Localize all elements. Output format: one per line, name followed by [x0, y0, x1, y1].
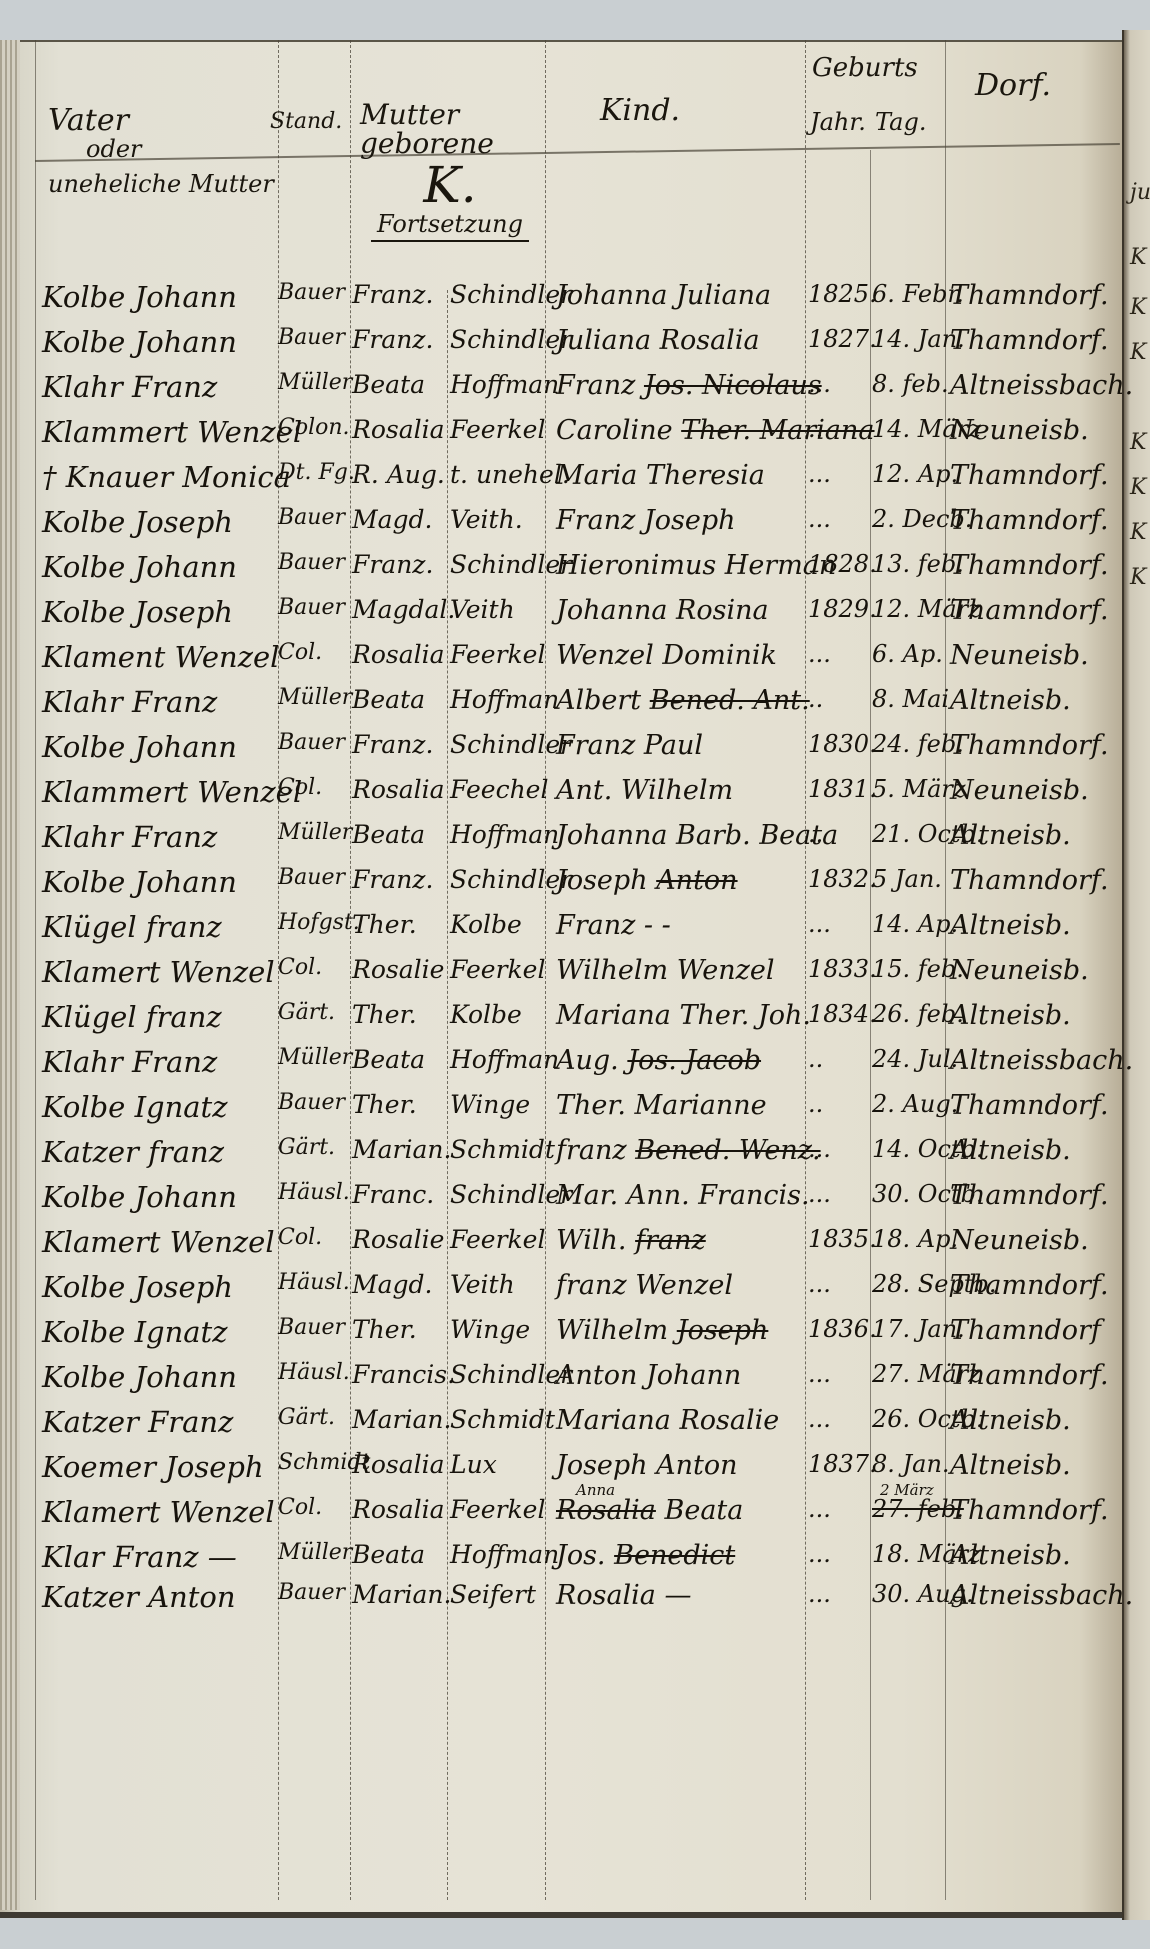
child-name: Franz Jos. Nicolaus — [556, 370, 801, 401]
mother-first-name: Franz. — [352, 865, 447, 894]
village: Altneisb. — [950, 1405, 1120, 1436]
father-name: Kolbe Joseph — [42, 595, 274, 629]
register-row: Kolbe Johann Häusl. Franc. Schindler Mar… — [0, 1180, 1122, 1225]
village: Neuneisb. — [950, 775, 1120, 806]
child-name: Johanna Juliana — [556, 280, 801, 311]
register-row: † Knauer Monica Dt. Fg. R. Aug. t. unehe… — [0, 460, 1122, 505]
father-name: Kolbe Johann — [42, 1180, 274, 1214]
father-name: Katzer franz — [42, 1135, 274, 1169]
child-name: Johanna Rosina — [556, 595, 801, 626]
father-name: Klammert Wenzel — [42, 775, 274, 809]
mother-first-name: Franz. — [352, 730, 447, 759]
birth-year: 1829. — [808, 595, 868, 623]
mother-surname: Hoffman — [450, 1045, 545, 1074]
mother-first-name: Magdal. — [352, 595, 447, 624]
child-name: franz Bened. Wenz. — [556, 1135, 801, 1166]
birth-day: 15. feb. — [872, 955, 944, 983]
birth-day: 12. März — [872, 595, 944, 623]
child-name: Wilh. franz — [556, 1225, 801, 1256]
struck-text: Jos. Jacob — [627, 1045, 761, 1076]
birth-day: 6. Ap. — [872, 640, 944, 668]
mother-surname: Feerkel — [450, 955, 545, 984]
birth-day: 2. Decb. — [872, 505, 944, 533]
facing-page-fragment: ju — [1130, 180, 1150, 205]
register-row: Klament Wenzel Col. Rosalia Feerkel Wenz… — [0, 640, 1122, 685]
child-name: Johanna Barb. Beata — [556, 820, 801, 851]
struck-text: Anton — [656, 865, 737, 896]
mother-surname: Feerkel — [450, 415, 545, 444]
mother-first-name: Ther. — [352, 1090, 447, 1119]
birth-day: 2. Aug. — [872, 1090, 944, 1118]
father-name: Kolbe Johann — [42, 280, 274, 314]
father-name: Kolbe Johann — [42, 550, 274, 584]
mother-first-name: R. Aug. — [352, 460, 447, 489]
father-name: Klamert Wenzel — [42, 1225, 274, 1259]
village: Altneissbach. — [950, 1045, 1120, 1076]
facing-page-fragment: K — [1130, 340, 1146, 365]
father-name: Klamert Wenzel — [42, 1495, 274, 1529]
mother-surname: Seifert — [450, 1580, 545, 1609]
trade: Häusl. — [278, 1360, 350, 1385]
mother-first-name: Francis. — [352, 1360, 447, 1389]
struck-text: franz — [635, 1225, 706, 1256]
register-row: Kolbe Joseph Bauer Magdal. Veith Johanna… — [0, 595, 1122, 640]
register-row: Klammert Wenzel Col. Rosalia Feechel Ant… — [0, 775, 1122, 820]
village: Thamndorf — [950, 1315, 1120, 1346]
header-year: Jahr. — [810, 110, 866, 135]
trade: Col. — [278, 955, 350, 980]
father-name: Klahr Franz — [42, 1045, 274, 1079]
trade: Dt. Fg. — [278, 460, 350, 485]
trade: Bauer — [278, 550, 350, 575]
trade: Schmidt — [278, 1450, 350, 1475]
header-mother: Mutter geborene — [360, 100, 494, 159]
birth-year: ... — [808, 1270, 868, 1298]
father-name: Kolbe Joseph — [42, 1270, 274, 1304]
register-row: Koemer Joseph Schmidt Rosalia Lux Joseph… — [0, 1450, 1122, 1495]
register-row: Klahr Franz Müller Beata Hoffman Aug. Jo… — [0, 1045, 1122, 1090]
birth-day: 18. Ap. — [872, 1225, 944, 1253]
birth-year: ... — [808, 640, 868, 668]
child-name: Ant. Wilhelm — [556, 775, 801, 806]
father-name: Klamert Wenzel — [42, 955, 274, 989]
mother-first-name: Marian. — [352, 1405, 447, 1434]
trade: Bauer — [278, 280, 350, 305]
mother-first-name: Rosalie — [352, 955, 447, 984]
trade: Müller — [278, 685, 350, 710]
interlinear-correction: Anna — [576, 1481, 615, 1499]
mother-first-name: Rosalia — [352, 640, 447, 669]
father-name: Klammert Wenzel — [42, 415, 274, 449]
mother-first-name: Rosalia — [352, 1495, 447, 1524]
mother-surname: Hoffman — [450, 370, 545, 399]
village: Thamndorf. — [950, 730, 1120, 761]
mother-first-name: Franc. — [352, 1180, 447, 1209]
birth-year: 1836. — [808, 1315, 868, 1343]
trade: Bauer — [278, 865, 350, 890]
register-row: Klahr Franz Müller Beata Hoffman Franz J… — [0, 370, 1122, 415]
trade: Hofgst. — [278, 910, 350, 935]
birth-year: ... — [808, 1405, 868, 1433]
village: Thamndorf. — [950, 1360, 1120, 1391]
mother-first-name: Magd. — [352, 1270, 447, 1299]
child-name: Wilhelm Joseph — [556, 1315, 801, 1346]
birth-year: 1825. — [808, 280, 868, 308]
facing-page-fragment: K — [1130, 245, 1146, 270]
village: Altneisb. — [950, 1000, 1120, 1031]
register-row: Klamert Wenzel Col. Rosalia Feerkel Anna… — [0, 1495, 1122, 1540]
mother-surname: Kolbe — [450, 1000, 545, 1029]
register-row: Katzer Franz Gärt. Marian. Schmidt Maria… — [0, 1405, 1122, 1450]
trade: Müller — [278, 370, 350, 395]
birth-year: .. — [808, 820, 868, 848]
mother-surname: Schindler — [450, 1360, 545, 1389]
birth-year: 1833. — [808, 955, 868, 983]
village: Altneisb. — [950, 1450, 1120, 1481]
birth-day: 2 März27. feb. — [872, 1495, 944, 1523]
trade: Müller — [278, 1540, 350, 1565]
birth-year: ... — [808, 1580, 868, 1608]
child-name: Franz - - — [556, 910, 801, 941]
register-row: Klamert Wenzel Col. Rosalie Feerkel Wilh… — [0, 1225, 1122, 1270]
mother-surname: Winge — [450, 1315, 545, 1344]
facing-page-fragment: K — [1130, 475, 1146, 500]
register-row: Kolbe Johann Bauer Franz. Schindler Juli… — [0, 325, 1122, 370]
child-name: AnnaRosalia Beata — [556, 1495, 801, 1526]
trade: Bauer — [278, 1090, 350, 1115]
mother-surname: Veith — [450, 1270, 545, 1299]
child-name: Wilhelm Wenzel — [556, 955, 801, 986]
mother-first-name: Beata — [352, 820, 447, 849]
mother-first-name: Beata — [352, 1540, 447, 1569]
father-name: † Knauer Monica — [42, 460, 274, 494]
father-name: Klahr Franz — [42, 820, 274, 854]
birth-year: 1827. — [808, 325, 868, 353]
register-row: Klahr Franz Müller Beata Hoffman Johanna… — [0, 820, 1122, 865]
father-name: Kolbe Johann — [42, 730, 274, 764]
village: Thamndorf. — [950, 505, 1120, 536]
mother-first-name: Marian. — [352, 1135, 447, 1164]
birth-year: ... — [808, 505, 868, 533]
village: Thamndorf. — [950, 280, 1120, 311]
birth-year: 1828. — [808, 550, 868, 578]
birth-day: 5. März — [872, 775, 944, 803]
village: Thamndorf. — [950, 460, 1120, 491]
village: Thamndorf. — [950, 325, 1120, 356]
struck-text: Joseph — [677, 1315, 769, 1346]
father-name: Klar Franz — — [42, 1540, 274, 1574]
father-name: Katzer Franz — [42, 1405, 274, 1439]
struck-text: Jos. Nicolaus — [644, 370, 822, 401]
mother-surname: Schindler — [450, 280, 545, 309]
register-row: Kolbe Joseph Bauer Magd. Veith. Franz Jo… — [0, 505, 1122, 550]
trade: Häusl. — [278, 1270, 350, 1295]
birth-day: 6. Febr. — [872, 280, 944, 308]
trade: Gärt. — [278, 1000, 350, 1025]
village: Altneissbach. — [950, 1580, 1120, 1611]
trade: Müller — [278, 820, 350, 845]
birth-day: 14. Jan. — [872, 325, 944, 353]
register-row: Klamert Wenzel Col. Rosalie Feerkel Wilh… — [0, 955, 1122, 1000]
mother-first-name: Ther. — [352, 910, 447, 939]
header-birth: Geburts — [812, 55, 918, 82]
village: Thamndorf. — [950, 595, 1120, 626]
father-name: Kolbe Johann — [42, 1360, 274, 1394]
register-row: Klügel franz Hofgst. Ther. Kolbe Franz -… — [0, 910, 1122, 955]
section-letter: K. — [355, 160, 545, 210]
mother-surname: Feerkel — [450, 1225, 545, 1254]
register-row: Klügel franz Gärt. Ther. Kolbe Mariana T… — [0, 1000, 1122, 1045]
register-row: Katzer franz Gärt. Marian. Schmidt franz… — [0, 1135, 1122, 1180]
header-day: Tag. — [875, 110, 926, 135]
birth-year: 1837. — [808, 1450, 868, 1478]
birth-year: .. — [808, 685, 868, 713]
birth-year: 1832. — [808, 865, 868, 893]
register-row: Kolbe Ignatz Bauer Ther. Winge Wilhelm J… — [0, 1315, 1122, 1360]
birth-year: .. — [808, 1045, 868, 1073]
trade: Häusl. — [278, 1180, 350, 1205]
mother-first-name: Ther. — [352, 1315, 447, 1344]
father-name: Katzer Anton — [42, 1580, 274, 1614]
mother-surname: Schindler — [450, 1180, 545, 1209]
child-name: Caroline Ther. Mariana — [556, 415, 801, 446]
birth-day: 30. Octb. — [872, 1180, 944, 1208]
mother-surname: Veith — [450, 595, 545, 624]
mother-surname: Schindler — [450, 550, 545, 579]
mother-surname: Feerkel — [450, 1495, 545, 1524]
child-name: Juliana Rosalia — [556, 325, 801, 356]
mother-surname: Lux — [450, 1450, 545, 1479]
mother-surname: Schmidt — [450, 1135, 545, 1164]
birth-day: 13. feb. — [872, 550, 944, 578]
mother-first-name: Rosalie — [352, 1225, 447, 1254]
father-name: Klahr Franz — [42, 370, 274, 404]
father-name: Koemer Joseph — [42, 1450, 274, 1484]
birth-year: ... — [808, 910, 868, 938]
child-name: Hieronimus Herman — [556, 550, 801, 581]
birth-year: 1831. — [808, 775, 868, 803]
village: Altneisb. — [950, 685, 1120, 716]
register-row: Kolbe Joseph Häusl. Magd. Veith franz We… — [0, 1270, 1122, 1315]
facing-page-fragment: K — [1130, 565, 1146, 590]
header-trade: Stand. — [270, 110, 342, 133]
birth-day: 14. März — [872, 415, 944, 443]
struck-text: Bened. Wenz. — [635, 1135, 820, 1166]
mother-first-name: Franz. — [352, 550, 447, 579]
birth-day: 14. Octb. — [872, 1135, 944, 1163]
birth-year: ... — [808, 370, 868, 398]
register-row: Kolbe Johann Bauer Franz. Schindler Fran… — [0, 730, 1122, 775]
section-subtitle: Fortsetzung — [371, 210, 529, 242]
trade: Bauer — [278, 595, 350, 620]
trade: Col. — [278, 640, 350, 665]
birth-day: 28. Septb. — [872, 1270, 944, 1298]
mother-surname: Feechel — [450, 775, 545, 804]
facing-page-fragment: K — [1130, 430, 1146, 455]
birth-day: 30. Aug. — [872, 1580, 944, 1608]
village: Altneissbach. — [950, 370, 1120, 401]
mother-surname: Schindler — [450, 730, 545, 759]
village: Thamndorf. — [950, 1090, 1120, 1121]
village: Altneisb. — [950, 1540, 1120, 1571]
child-name: Rosalia — — [556, 1580, 801, 1611]
child-name: Anton Johann — [556, 1360, 801, 1391]
birth-day: 8. Jan. — [872, 1450, 944, 1478]
child-name: Wenzel Dominik — [556, 640, 801, 671]
header-child: Kind. — [600, 95, 680, 127]
father-name: Kolbe Ignatz — [42, 1315, 274, 1349]
trade: Col. — [278, 775, 350, 800]
mother-surname: Schindler — [450, 325, 545, 354]
child-name: Ther. Marianne — [556, 1090, 801, 1121]
child-name: Jos. Benedict — [556, 1540, 801, 1571]
trade: Gärt. — [278, 1135, 350, 1160]
mother-surname: Schindler — [450, 865, 545, 894]
village: Thamndorf. — [950, 1270, 1120, 1301]
facing-page-fragment: K — [1130, 520, 1146, 545]
mother-first-name: Rosalia — [352, 775, 447, 804]
trade: Gärt. — [278, 1405, 350, 1430]
child-name: Mariana Rosalie — [556, 1405, 801, 1436]
birth-day: 24. feb. — [872, 730, 944, 758]
interlinear-correction: 2 März — [880, 1481, 934, 1499]
mother-surname: Feerkel — [450, 640, 545, 669]
trade: Bauer — [278, 505, 350, 530]
mother-surname: Winge — [450, 1090, 545, 1119]
struck-text: Rosalia — [556, 1495, 656, 1526]
village: Altneisb. — [950, 1135, 1120, 1166]
birth-day: 24. Jul. — [872, 1045, 944, 1073]
village: Thamndorf. — [950, 1180, 1120, 1211]
trade: Bauer — [278, 730, 350, 755]
header-father: Vater oder uneheliche Mutter — [48, 105, 274, 197]
father-name: Kolbe Joseph — [42, 505, 274, 539]
child-name: Joseph Anton — [556, 1450, 801, 1481]
mother-first-name: Beata — [352, 370, 447, 399]
father-name: Klament Wenzel — [42, 640, 274, 674]
facing-page-fragment: K — [1130, 295, 1146, 320]
birth-year: 1830. — [808, 730, 868, 758]
birth-year: 1834. — [808, 1000, 868, 1028]
birth-year: ... — [808, 1135, 868, 1163]
village: Neuneisb. — [950, 1225, 1120, 1256]
header-village: Dorf. — [975, 70, 1051, 102]
birth-year: ... — [808, 1540, 868, 1568]
child-name: Albert Bened. Ant. — [556, 685, 801, 716]
mother-first-name: Beata — [352, 685, 447, 714]
mother-first-name: Beata — [352, 1045, 447, 1074]
trade: Col. — [278, 1495, 350, 1520]
birth-year: ... — [808, 1495, 868, 1523]
birth-day: 8. feb. — [872, 370, 944, 398]
mother-first-name: Magd. — [352, 505, 447, 534]
birth-year: ... — [808, 1360, 868, 1388]
register-row: Kolbe Johann Bauer Franz. Schindler Hier… — [0, 550, 1122, 595]
child-name: Mar. Ann. Francis. — [556, 1180, 801, 1211]
birth-day: 14. Ap. — [872, 910, 944, 938]
mother-surname: Hoffman — [450, 820, 545, 849]
register-row: Klar Franz — Müller Beata Hoffman Jos. B… — [0, 1540, 1122, 1585]
trade: Bauer — [278, 325, 350, 350]
mother-first-name: Rosalia — [352, 1450, 447, 1479]
mother-first-name: Franz. — [352, 325, 447, 354]
child-name: Mariana Ther. Joh. — [556, 1000, 801, 1031]
village: Thamndorf. — [950, 865, 1120, 896]
child-name: Maria Theresia — [556, 460, 801, 491]
struck-text: Bened. Ant. — [650, 685, 810, 716]
father-name: Kolbe Ignatz — [42, 1090, 274, 1124]
village: Neuneisb. — [950, 415, 1120, 446]
village: Thamndorf. — [950, 550, 1120, 581]
birth-day: 27. März — [872, 1360, 944, 1388]
mother-surname: Hoffman — [450, 685, 545, 714]
mother-surname: Hoffman — [450, 1540, 545, 1569]
father-name: Klügel franz — [42, 910, 274, 944]
birth-day: 26. Octb. — [872, 1405, 944, 1433]
birth-year: .. — [808, 415, 868, 443]
birth-day: 12. Ap. — [872, 460, 944, 488]
mother-surname: t. unehel. — [450, 460, 545, 489]
mother-surname: Kolbe — [450, 910, 545, 939]
birth-day: 26. feb. — [872, 1000, 944, 1028]
trade: Bauer — [278, 1580, 350, 1605]
father-name: Klahr Franz — [42, 685, 274, 719]
mother-surname: Veith. — [450, 505, 545, 534]
birth-day: 5 Jan. — [872, 865, 944, 893]
facing-page-edge: ju K K K K K K K — [1122, 30, 1150, 1920]
section-heading: K. Fortsetzung — [355, 160, 545, 242]
village: Neuneisb. — [950, 955, 1120, 986]
register-row: Kolbe Johann Bauer Franz. Schindler Jose… — [0, 865, 1122, 910]
birth-year: .. — [808, 1090, 868, 1118]
register-row: Klammert Wenzel Colon. Rosalia Feerkel C… — [0, 415, 1122, 460]
birth-year: ... — [808, 1180, 868, 1208]
birth-year: ... — [808, 460, 868, 488]
birth-day: 17. Jan. — [872, 1315, 944, 1343]
register-row: Katzer Anton Bauer Marian. Seifert Rosal… — [0, 1580, 1122, 1625]
mother-first-name: Marian. — [352, 1580, 447, 1609]
trade: Colon. — [278, 415, 350, 440]
child-name: Joseph Anton — [556, 865, 801, 896]
child-name: Aug. Jos. Jacob — [556, 1045, 801, 1076]
birth-day: 8. Mai — [872, 685, 944, 713]
struck-text: Benedict — [614, 1540, 735, 1571]
register-row: Kolbe Johann Häusl. Francis. Schindler A… — [0, 1360, 1122, 1405]
trade: Müller — [278, 1045, 350, 1070]
birth-day: 18. März — [872, 1540, 944, 1568]
mother-first-name: Franz. — [352, 280, 447, 309]
village: Altneisb. — [950, 910, 1120, 941]
birth-day: 21. Octb. — [872, 820, 944, 848]
birth-year: 1835. — [808, 1225, 868, 1253]
father-name: Kolbe Johann — [42, 325, 274, 359]
register-row: Kolbe Ignatz Bauer Ther. Winge Ther. Mar… — [0, 1090, 1122, 1135]
village: Thamndorf. — [950, 1495, 1120, 1526]
trade: Col. — [278, 1225, 350, 1250]
father-name: Klügel franz — [42, 1000, 274, 1034]
village: Altneisb. — [950, 820, 1120, 851]
child-name: Franz Paul — [556, 730, 801, 761]
register-row: Kolbe Johann Bauer Franz. Schindler Joha… — [0, 280, 1122, 325]
father-name: Kolbe Johann — [42, 865, 274, 899]
register-row: Klahr Franz Müller Beata Hoffman Albert … — [0, 685, 1122, 730]
mother-surname: Schmidt — [450, 1405, 545, 1434]
child-name: franz Wenzel — [556, 1270, 801, 1301]
village: Neuneisb. — [950, 640, 1120, 671]
trade: Bauer — [278, 1315, 350, 1340]
mother-first-name: Rosalia — [352, 415, 447, 444]
child-name: Franz Joseph — [556, 505, 801, 536]
